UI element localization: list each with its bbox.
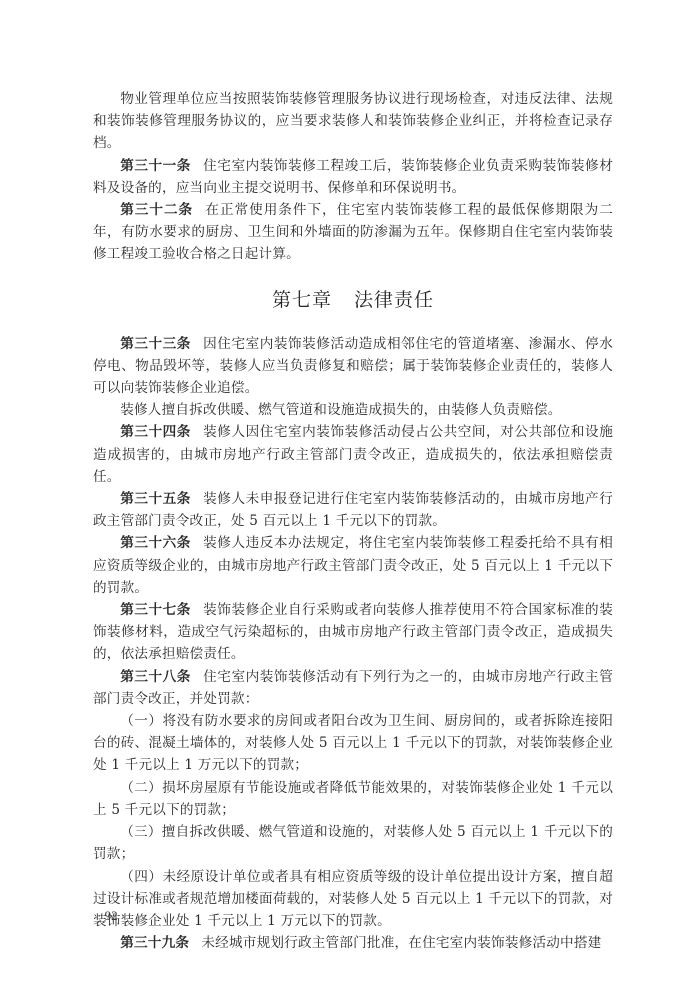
paragraph-article-32: 第三十二条在正常使用条件下，住宅室内装饰装修工程的最低保修期限为二年，有防水要求… <box>93 199 613 266</box>
chapter-number: 第七章 <box>272 289 332 311</box>
article-number: 第三十七条 <box>120 602 191 618</box>
article-number: 第三十五条 <box>120 491 191 507</box>
paragraph-text: 物业管理单位应当按照装饰装修管理服务协议进行现场检查，对违反法律、法规和装饰装修… <box>93 91 613 151</box>
page-number: · 92 · <box>97 908 125 924</box>
list-item-3: （三）擅自拆改供暖、燃气管道和设施的，对装修人处 5 百元以上 1 千元以下的罚… <box>93 821 613 865</box>
paragraph-article-39: 第三十九条未经城市规划行政主管部门批准，在住宅室内装饰装修活动中搭建 <box>93 932 613 954</box>
article-number: 第三十三条 <box>120 336 191 352</box>
paragraph-article-33: 第三十三条因住宅室内装饰装修活动造成相邻住宅的管道堵塞、渗漏水、停水停电、物品毁… <box>93 333 613 400</box>
chapter-title: 法律责任 <box>354 289 434 311</box>
article-number: 第三十二条 <box>120 202 193 218</box>
article-number: 第三十六条 <box>120 535 191 551</box>
paragraph-article-37: 第三十七条装饰装修企业自行采购或者向装修人推荐使用不符合国家标准的装饰装修材料，… <box>93 599 613 666</box>
document-page: 物业管理单位应当按照装饰装修管理服务协议进行现场检查，对违反法律、法规和装饰装修… <box>93 88 613 954</box>
paragraph-text: （二）损坏房屋原有节能设施或者降低节能效果的，对装饰装修企业处 1 千元以上 5… <box>93 780 613 818</box>
paragraph-text: 装修人擅自拆改供暖、燃气管道和设施造成损失的，由装修人负责赔偿。 <box>120 402 561 418</box>
section-after: 第三十三条因住宅室内装饰装修活动造成相邻住宅的管道堵塞、渗漏水、停水停电、物品毁… <box>93 333 613 955</box>
chapter-heading: 第七章法律责任 <box>93 285 613 312</box>
paragraph-heating-gas: 装修人擅自拆改供暖、燃气管道和设施造成损失的，由装修人负责赔偿。 <box>93 399 613 421</box>
list-item-1: （一）将没有防水要求的房间或者阳台改为卫生间、厨房间的，或者拆除连接阳台的砖、混… <box>93 710 613 777</box>
paragraph-article-31: 第三十一条住宅室内装饰装修工程竣工后，装饰装修企业负责采购装饰装修材料及设备的，… <box>93 155 613 199</box>
section-before: 物业管理单位应当按照装饰装修管理服务协议进行现场检查，对违反法律、法规和装饰装修… <box>93 88 613 266</box>
paragraph-article-38: 第三十八条住宅室内装饰装修活动有下列行为之一的，由城市房地产行政主管部门责令改正… <box>93 666 613 710</box>
paragraph-property-inspection: 物业管理单位应当按照装饰装修管理服务协议进行现场检查，对违反法律、法规和装饰装修… <box>93 88 613 155</box>
article-number: 第三十一条 <box>120 158 191 174</box>
list-item-2: （二）损坏房屋原有节能设施或者降低节能效果的，对装饰装修企业处 1 千元以上 5… <box>93 777 613 821</box>
paragraph-article-34: 第三十四条装修人因住宅室内装饰装修活动侵占公共空间，对公共部位和设施造成损害的，… <box>93 421 613 488</box>
paragraph-text: （四）未经原设计单位或者具有相应资质等级的设计单位提出设计方案，擅自超过设计标准… <box>93 869 613 929</box>
article-number: 第三十九条 <box>120 935 189 951</box>
paragraph-text: （一）将没有防水要求的房间或者阳台改为卫生间、厨房间的，或者拆除连接阳台的砖、混… <box>93 713 613 773</box>
paragraph-text: 未经城市规划行政主管部门批准，在住宅室内装饰装修活动中搭建 <box>201 935 601 951</box>
paragraph-article-36: 第三十六条装修人违反本办法规定，将住宅室内装饰装修工程委托给不具有相应资质等级企… <box>93 532 613 599</box>
article-number: 第三十八条 <box>120 669 191 685</box>
paragraph-article-35: 第三十五条装修人未申报登记进行住宅室内装饰装修活动的，由城市房地产行政主管部门责… <box>93 488 613 532</box>
article-number: 第三十四条 <box>120 424 191 440</box>
paragraph-text: （三）擅自拆改供暖、燃气管道和设施的，对装修人处 5 百元以上 1 千元以下的罚… <box>93 824 613 862</box>
list-item-4: （四）未经原设计单位或者具有相应资质等级的设计单位提出设计方案，擅自超过设计标准… <box>93 866 613 933</box>
